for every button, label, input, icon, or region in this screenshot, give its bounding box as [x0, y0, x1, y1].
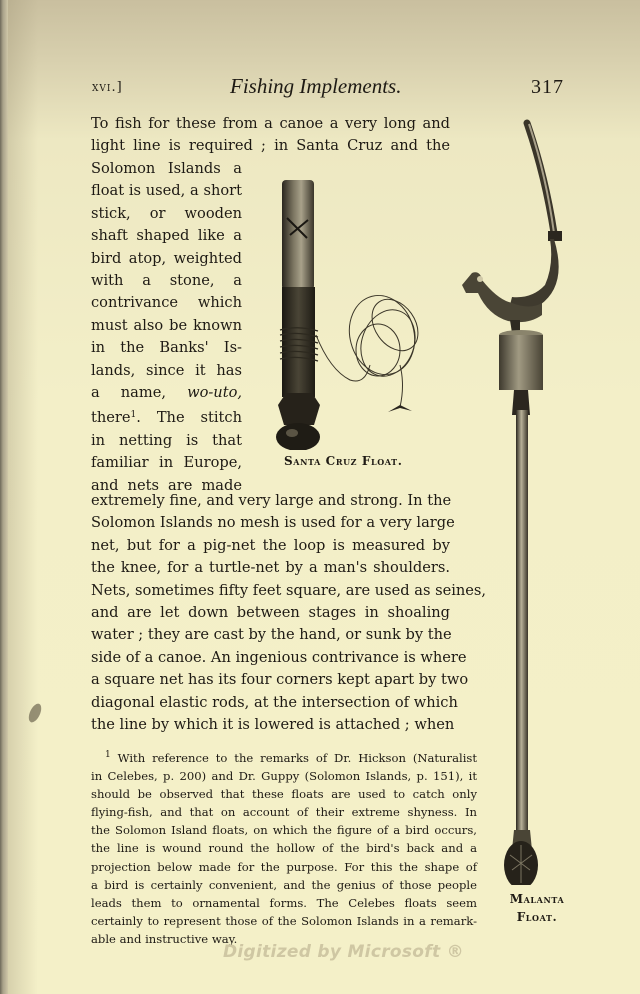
page-number: 317	[531, 76, 564, 99]
chapter-number: xvi.]	[92, 80, 123, 95]
footnote-line: projection below made for the purpose. F…	[91, 858, 477, 876]
text-line: familiar in Europe,	[91, 452, 242, 474]
text-line: in netting is that	[91, 430, 242, 452]
text-line: the line by which it is lowered is attac…	[91, 714, 450, 736]
text-line: lands, since it has	[91, 360, 242, 382]
running-title: Fishing Implements.	[230, 74, 401, 99]
santa-cruz-float-illustration	[270, 175, 430, 450]
text-line: Nets, sometimes fifty feet square, are u…	[91, 580, 450, 602]
paragraph-bottom: extremely fine, and very large and stron…	[91, 490, 450, 736]
text-line: bird atop, weighted	[91, 248, 242, 270]
paragraph-narrow-column: Solomon Islands a float is used, a short…	[91, 158, 242, 497]
figure-caption-santa-cruz: Santa Cruz Float.	[284, 454, 403, 468]
text-line: there1. The stitch	[91, 404, 242, 429]
text-line: stick, or wooden	[91, 203, 242, 225]
native-term: wo-uto,	[187, 384, 242, 401]
malanta-float-illustration	[450, 115, 580, 885]
text-line: water ; they are cast by the hand, or su…	[91, 624, 450, 646]
running-header: xvi.] Fishing Implements. 317	[92, 76, 564, 100]
text-line: must also be known	[91, 315, 242, 337]
text-line: To fish for these from a canoe a very lo…	[91, 113, 450, 135]
text-line: side of a canoe. An ingenious contrivanc…	[91, 647, 450, 669]
text-fragment: there	[91, 409, 131, 426]
text-line: a name, wo-uto,	[91, 382, 242, 404]
page-shadow	[8, 0, 38, 994]
footnote-line: should be observed that these floats are…	[91, 785, 477, 803]
caption-line: Malanta	[503, 890, 571, 908]
text-line: the knee, for a turtle-net by a man's sh…	[91, 557, 450, 579]
page-binding-edge	[0, 0, 8, 994]
text-line: light line is required ; in Santa Cruz a…	[91, 135, 450, 157]
text-line: Solomon Islands no mesh is used for a ve…	[91, 512, 450, 534]
text-fragment: . The stitch	[136, 409, 242, 426]
footnote-line: certainly to represent those of the Solo…	[91, 912, 477, 930]
footnote-marker: 1	[105, 750, 111, 760]
footnote-line: a bird is certainly convenient, and the …	[91, 876, 477, 894]
footnote-line: 1 With reference to the remarks of Dr. H…	[91, 746, 477, 767]
text-line: Solomon Islands a	[91, 158, 242, 180]
footnote-line: the Solomon Island floats, on which the …	[91, 821, 477, 839]
text-line: float is used, a short	[91, 180, 242, 202]
text-line: shaft shaped like a	[91, 225, 242, 247]
text-line: and are let down between stages in shoal…	[91, 602, 450, 624]
text-line: a square net has its four corners kept a…	[91, 669, 450, 691]
footnote-line: the line is wound round the hollow of th…	[91, 839, 477, 857]
text-line: in the Banks' Is-	[91, 337, 242, 359]
footnote-line: flying-fish, and that on account of thei…	[91, 803, 477, 821]
caption-line: Float.	[503, 908, 571, 926]
text-fragment: With reference to the remarks of Dr. Hic…	[118, 751, 477, 765]
text-fragment: a name,	[91, 384, 166, 401]
text-line: contrivance which	[91, 292, 242, 314]
text-line: net, but for a pig-net the loop is measu…	[91, 535, 450, 557]
footnote-line: leads them to ornamental forms. The Cele…	[91, 894, 477, 912]
digitization-watermark: Digitized by Microsoft ®	[223, 942, 464, 962]
text-line: with a stone, a	[91, 270, 242, 292]
figure-caption-malanta: Malanta Float.	[503, 890, 571, 926]
text-line: diagonal elastic rods, at the intersecti…	[91, 692, 450, 714]
footnote: 1 With reference to the remarks of Dr. H…	[91, 746, 477, 948]
paragraph-top: To fish for these from a canoe a very lo…	[91, 113, 450, 158]
text-line: extremely fine, and very large and stron…	[91, 490, 450, 512]
footnote-line: in Celebes, p. 200) and Dr. Guppy (Solom…	[91, 767, 477, 785]
